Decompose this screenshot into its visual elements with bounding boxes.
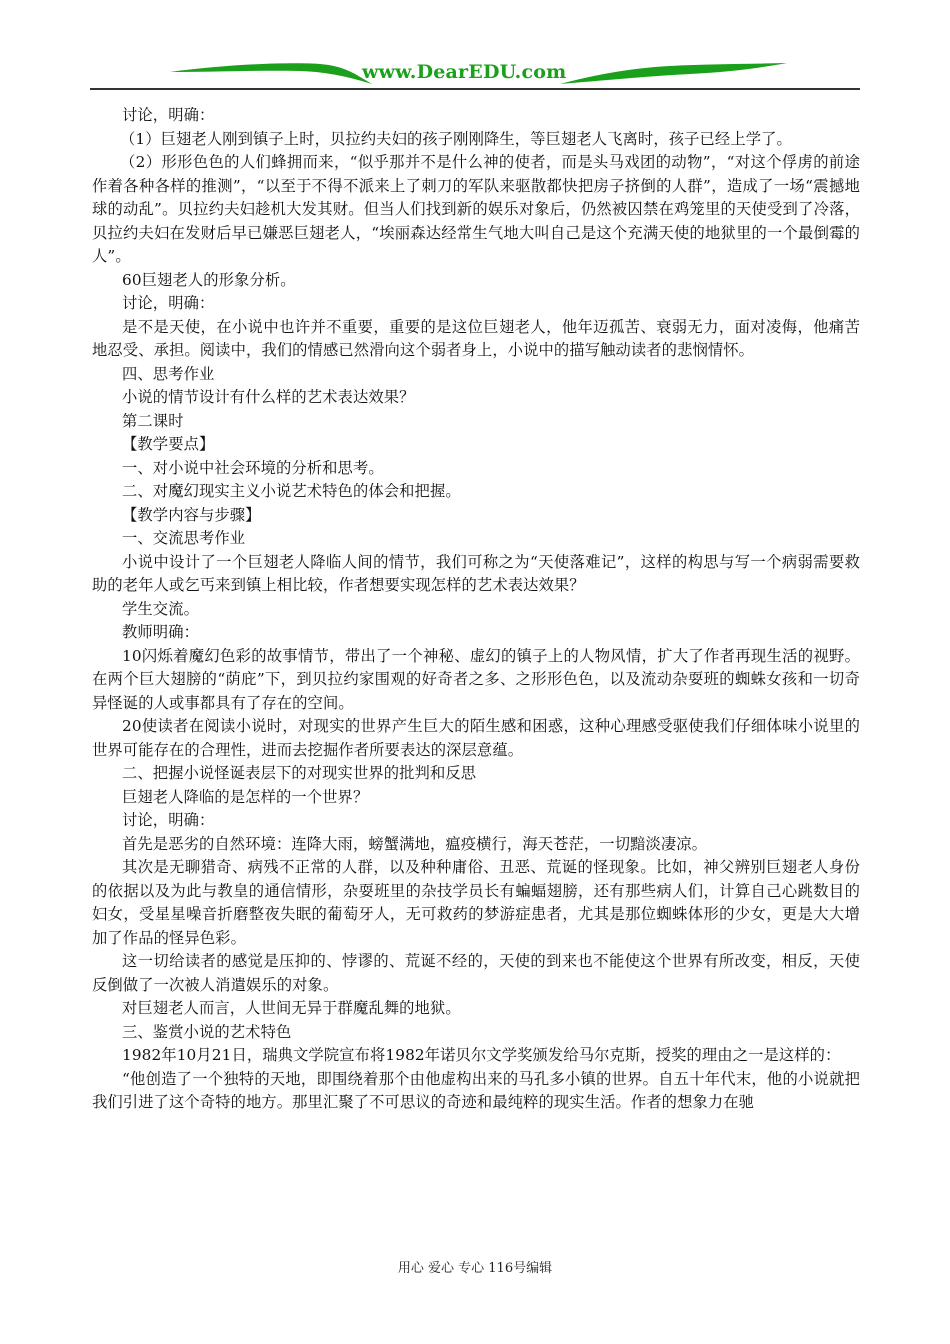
paragraph: 1982年10月21日，瑞典文学院宣布将1982年诺贝尔文学奖颁发给马尔克斯，授… xyxy=(92,1044,860,1068)
paragraph: 小说中设计了一个巨翅老人降临人间的情节，我们可称之为“天使落难记”，这样的构思与… xyxy=(92,551,860,598)
section-heading: 四、思考作业 xyxy=(92,363,860,387)
paragraph: 巨翅老人降临的是怎样的一个世界？ xyxy=(92,786,860,810)
paragraph: （2）形形色色的人们蜂拥而来，“似乎那并不是什么神的使者，而是头马戏团的动物”，… xyxy=(92,151,860,269)
paragraph: 讨论，明确： xyxy=(92,292,860,316)
section-heading: 二、把握小说怪诞表层下的对现实世界的批判和反思 xyxy=(92,762,860,786)
paragraph: 首先是恶劣的自然环境：连降大雨，螃蟹满地，瘟疫横行，海天苍茫，一切黯淡凄凉。 xyxy=(92,833,860,857)
paragraph: 60巨翅老人的形象分析。 xyxy=(92,269,860,293)
paragraph: （1）巨翅老人刚到镇子上时，贝拉约夫妇的孩子刚刚降生，等巨翅老人飞离时，孩子已经… xyxy=(92,128,860,152)
paragraph: 20使读者在阅读小说时，对现实的世界产生巨大的陌生感和困惑，这种心理感受驱使我们… xyxy=(92,715,860,762)
section-heading: 【教学要点】 xyxy=(92,433,860,457)
section-heading: 第二课时 xyxy=(92,410,860,434)
header-rule xyxy=(90,88,860,90)
paragraph: 是不是天使，在小说中也许并不重要，重要的是这位巨翅老人，他年迈孤苦、衰弱无力，面… xyxy=(92,316,860,363)
paragraph: 学生交流。 xyxy=(92,598,860,622)
paragraph: 其次是无聊猎奇、病残不正常的人群，以及种种庸俗、丑恶、荒诞的怪现象。比如，神父辨… xyxy=(92,856,860,950)
section-heading: 三、鉴赏小说的艺术特色 xyxy=(92,1021,860,1045)
paragraph: 这一切给读者的感觉是压抑的、悖谬的、荒诞不经的，天使的到来也不能使这个世界有所改… xyxy=(92,950,860,997)
paragraph: 讨论，明确： xyxy=(92,809,860,833)
paragraph: 对巨翅老人而言，人世间无异于群魔乱舞的地狱。 xyxy=(92,997,860,1021)
paragraph: 讨论，明确： xyxy=(92,104,860,128)
paragraph: 二、对魔幻现实主义小说艺术特色的体会和把握。 xyxy=(92,480,860,504)
document-body: 讨论，明确： （1）巨翅老人刚到镇子上时，贝拉约夫妇的孩子刚刚降生，等巨翅老人飞… xyxy=(92,104,860,1115)
section-heading: 一、交流思考作业 xyxy=(92,527,860,551)
paragraph: 一、对小说中社会环境的分析和思考。 xyxy=(92,457,860,481)
page-footer: 用心 爱心 专心 116号编辑 xyxy=(0,1257,950,1276)
paragraph: 小说的情节设计有什么样的艺术表达效果？ xyxy=(92,386,860,410)
quote-paragraph: “他创造了一个独特的天地，即围绕着那个由他虚构出来的马孔多小镇的世界。自五十年代… xyxy=(92,1068,860,1115)
page-header: www.DearEDU.com xyxy=(90,58,860,90)
section-heading: 【教学内容与步骤】 xyxy=(92,504,860,528)
paragraph: 10闪烁着魔幻色彩的故事情节，带出了一个神秘、虚幻的镇子上的人物风情，扩大了作者… xyxy=(92,645,860,716)
site-logo-text: www.DearEDU.com xyxy=(362,61,566,83)
paragraph: 教师明确： xyxy=(92,621,860,645)
